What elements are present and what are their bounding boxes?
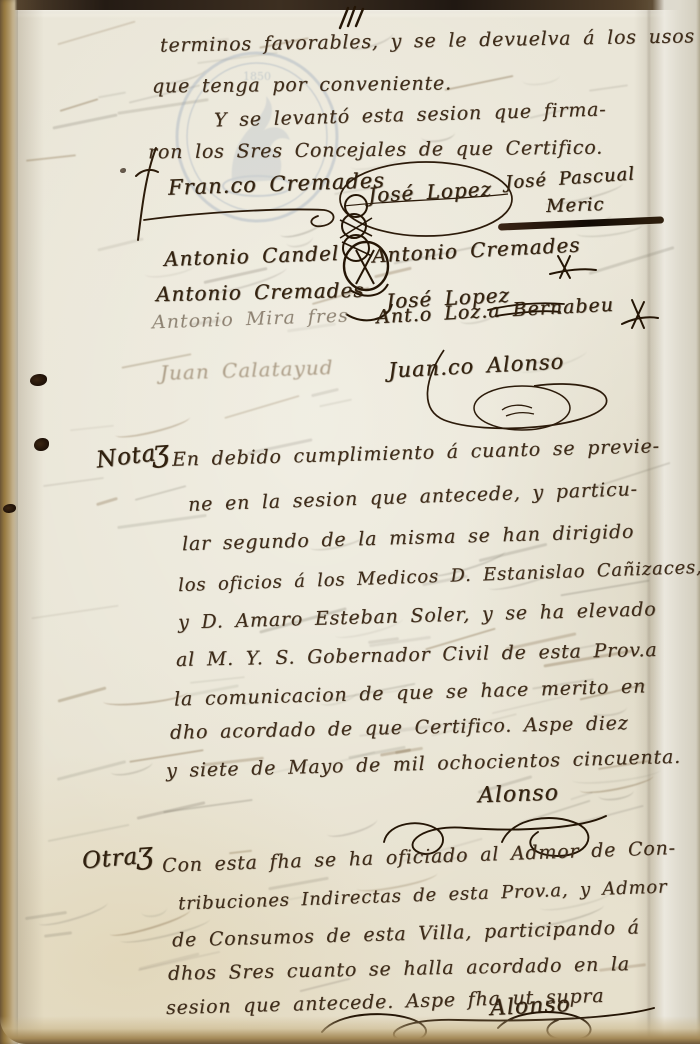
manuscript-line: ne en la sesion que antecede, y particu- — [188, 478, 638, 516]
manuscript-line: los oficios á los Medicos D. Estanislao … — [178, 557, 700, 596]
manuscript-line: y D. Amaro Esteban Soler, y se ha elevad… — [178, 598, 657, 633]
ghost-stroke — [368, 637, 400, 644]
manuscript-line: terminos favorables, y se le devuelva á … — [160, 25, 695, 56]
ghost-stroke — [96, 497, 118, 506]
manuscript-line: lar segundo de la misma se han dirigido — [182, 521, 635, 556]
ghost-stroke — [311, 388, 339, 398]
ghost-stroke — [137, 802, 206, 820]
signature-juan-calatayud-faint: Juan Calatayud — [160, 355, 334, 385]
manuscript-line: dhos Sres cuanto se halla acordado en la — [168, 953, 630, 985]
ghost-stroke — [48, 824, 130, 842]
ghost-stroke — [163, 799, 253, 813]
page-binding-shadow — [18, 0, 44, 1044]
ghost-stroke — [118, 514, 208, 529]
top-margin-ink-mark — [336, 4, 370, 30]
ghost-stroke — [37, 896, 110, 930]
otra-label: Otra — [81, 844, 139, 875]
manuscript-line: al M. Y. S. Gobernador Civil de esta Pro… — [176, 639, 658, 671]
manuscript-line: y siete de Mayo de mil ochocientos cincu… — [166, 746, 681, 782]
signature-antonio-mira-faint: Antonio Mira fres — [152, 305, 350, 334]
ghost-stroke — [190, 676, 245, 684]
ghost-stroke — [225, 395, 300, 419]
ghost-stroke — [135, 485, 186, 500]
ghost-stroke — [57, 760, 127, 781]
manuscript-line: tribuciones Indirectas de esta Prov.a, y… — [178, 876, 668, 914]
manuscript-line: En debido cumplimiento á cuanto se previ… — [172, 435, 660, 471]
signature-jose-pascual: José Pascual — [504, 163, 635, 193]
rubric-tail-1 — [548, 252, 598, 282]
rubric-oval-alonso — [414, 340, 614, 440]
manuscript-page: 1850 terminos favorables, y se le devuel… — [0, 0, 700, 1044]
manuscript-line: la comunicacion de que se hace merito en — [174, 675, 647, 710]
ghost-stroke — [70, 425, 114, 432]
ghost-stroke — [57, 686, 106, 702]
rubric-tail-2 — [620, 298, 660, 332]
rubric-underline-cremades — [142, 198, 342, 234]
ghost-stroke — [60, 98, 99, 112]
nota-label: Nota — [95, 440, 158, 473]
ink-blot — [34, 438, 49, 451]
ink-blot — [30, 374, 47, 386]
ghost-stroke — [444, 75, 513, 91]
ghost-stroke — [319, 398, 351, 406]
ghost-stroke — [140, 900, 168, 918]
signature-antonio-candel: Antonio Candel — [164, 241, 340, 271]
nota-brace: ʒ — [151, 433, 171, 469]
ghost-stroke — [44, 931, 72, 937]
ghost-stroke — [109, 755, 155, 779]
ghost-stroke — [325, 813, 379, 841]
page-binding-edge — [0, 0, 18, 1044]
ghost-stroke — [58, 20, 136, 45]
otra-brace: ʒ — [135, 835, 155, 871]
manuscript-line: de Consumos de esta Villa, participando … — [172, 916, 640, 951]
page-bottom-edge — [0, 1016, 700, 1044]
manuscript-line: dho acordado de que Certifico. Aspe diez — [170, 712, 629, 744]
ghost-stroke — [98, 91, 125, 98]
ghost-stroke — [31, 604, 119, 619]
ghost-stroke — [589, 84, 628, 91]
ghost-stroke — [521, 68, 561, 87]
ghost-stroke — [52, 113, 117, 129]
manuscript-line: que tenga por conveniente. — [152, 72, 452, 97]
signature-antonio-cremades-3: Antonio Cremades — [156, 278, 365, 306]
ink-blot — [120, 168, 126, 173]
ghost-stroke — [43, 477, 104, 487]
signature-meric: Meric — [546, 194, 605, 217]
